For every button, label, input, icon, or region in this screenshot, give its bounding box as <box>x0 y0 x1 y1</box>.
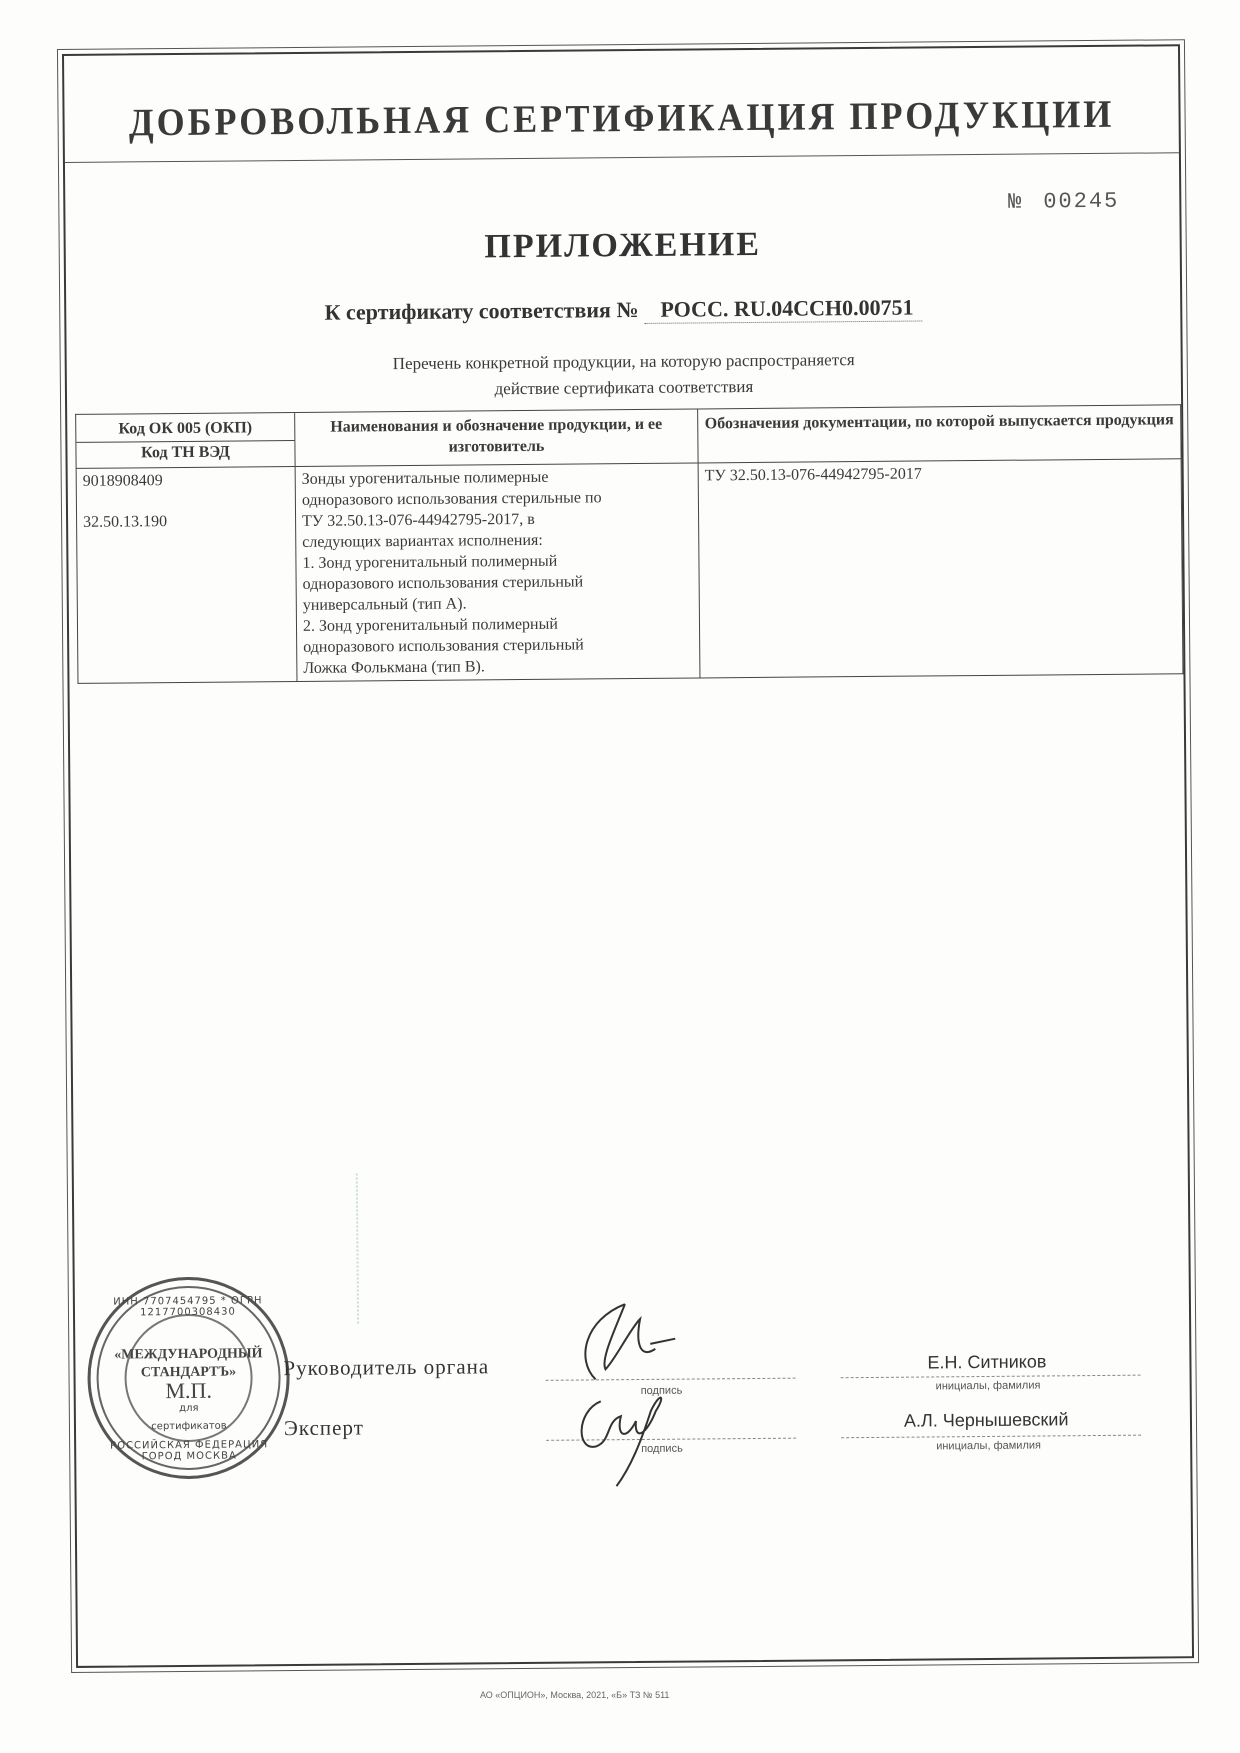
head-name-line <box>841 1375 1141 1379</box>
cert-ref-label: К сертификату соответствия № <box>324 297 638 325</box>
expert-name-caption: инициалы, фамилия <box>936 1440 1041 1453</box>
form-number-value: 00245 <box>1043 189 1119 215</box>
code-okp: 9018908409 <box>83 469 289 492</box>
cell-documentation: ТУ 32.50.13-076-44942795-2017 <box>698 459 1183 678</box>
stamp-sub-2: сертификатов <box>91 1417 287 1437</box>
printer-imprint: АО «ОПЦИОН», Москва, 2021, «Б» ТЗ № 511 <box>480 1690 669 1700</box>
number-sign: № <box>1008 190 1023 215</box>
header-code-tnved: Код ТН ВЭД <box>82 441 288 464</box>
expert-name: А.Л. Чернышевский <box>904 1409 1069 1431</box>
form-number: №00245 <box>1008 189 1119 215</box>
stamp-mp: М.П. <box>91 1381 287 1401</box>
list-caption: Перечень конкретной продукции, на котору… <box>67 344 1181 406</box>
stamp-ring-top: ИНН 7707454795 * ОГРН 1217700308430 <box>90 1295 286 1319</box>
stamp-sub-1: для <box>91 1399 287 1419</box>
header-band: ДОБРОВОЛЬНАЯ СЕРТИФИКАЦИЯ ПРОДУКЦИИ <box>64 46 1179 163</box>
cell-product-name: Зонды урогенитальные полимерные одноразо… <box>295 463 700 682</box>
product-table: Код ОК 005 (ОКП) Код ТН ВЭД Наименования… <box>75 404 1183 684</box>
head-name: Е.Н. Ситников <box>927 1351 1046 1373</box>
head-label: Руководитель органа <box>283 1354 489 1381</box>
certificate-frame: ДОБРОВОЛЬНАЯ СЕРТИФИКАЦИЯ ПРОДУКЦИИ №002… <box>62 44 1194 1668</box>
header-documentation: Обозначения документации, по которой вып… <box>698 405 1181 463</box>
code-tnved: 32.50.13.190 <box>83 510 289 533</box>
header-code: Код ОК 005 (ОКП) Код ТН ВЭД <box>76 412 295 468</box>
stamp-org-line-1: «МЕЖДУНАРОДНЫЙ <box>90 1345 286 1365</box>
expert-label: Эксперт <box>284 1415 364 1441</box>
header-title: ДОБРОВОЛЬНАЯ СЕРТИФИКАЦИЯ ПРОДУКЦИИ <box>64 91 1178 146</box>
round-seal-stamp: ИНН 7707454795 * ОГРН 1217700308430 «МЕЖ… <box>87 1276 291 1480</box>
expert-name-line <box>841 1435 1141 1439</box>
header-product-name: Наименования и обозначение продукции, и … <box>295 409 698 467</box>
stamp-ring-bottom: РОССИЙСКАЯ ФЕДЕРАЦИЯ ГОРОД МОСКВА <box>91 1439 287 1463</box>
cert-number: РОСС. RU.04ССН0.00751 <box>644 295 922 324</box>
appendix-title: ПРИЛОЖЕНИЕ <box>66 222 1180 270</box>
header-code-okp: Код ОК 005 (ОКП) <box>76 417 294 443</box>
stamp-center: «МЕЖДУНАРОДНЫЙ СТАНДАРТЪ» М.П. для серти… <box>90 1345 287 1437</box>
cell-codes: 9018908409 32.50.13.190 <box>76 466 297 683</box>
head-signature-icon <box>555 1289 696 1390</box>
head-name-caption: инициалы, фамилия <box>936 1380 1041 1393</box>
table-header-row: Код ОК 005 (ОКП) Код ТН ВЭД Наименования… <box>76 405 1181 469</box>
expert-signature-icon <box>566 1381 687 1492</box>
name-line: Ложка Фолькмана (тип В). <box>303 655 693 679</box>
certificate-reference: К сертификату соответствия № РОСС. RU.04… <box>66 292 1180 329</box>
table-row: 9018908409 32.50.13.190 Зонды урогенитал… <box>76 459 1183 684</box>
